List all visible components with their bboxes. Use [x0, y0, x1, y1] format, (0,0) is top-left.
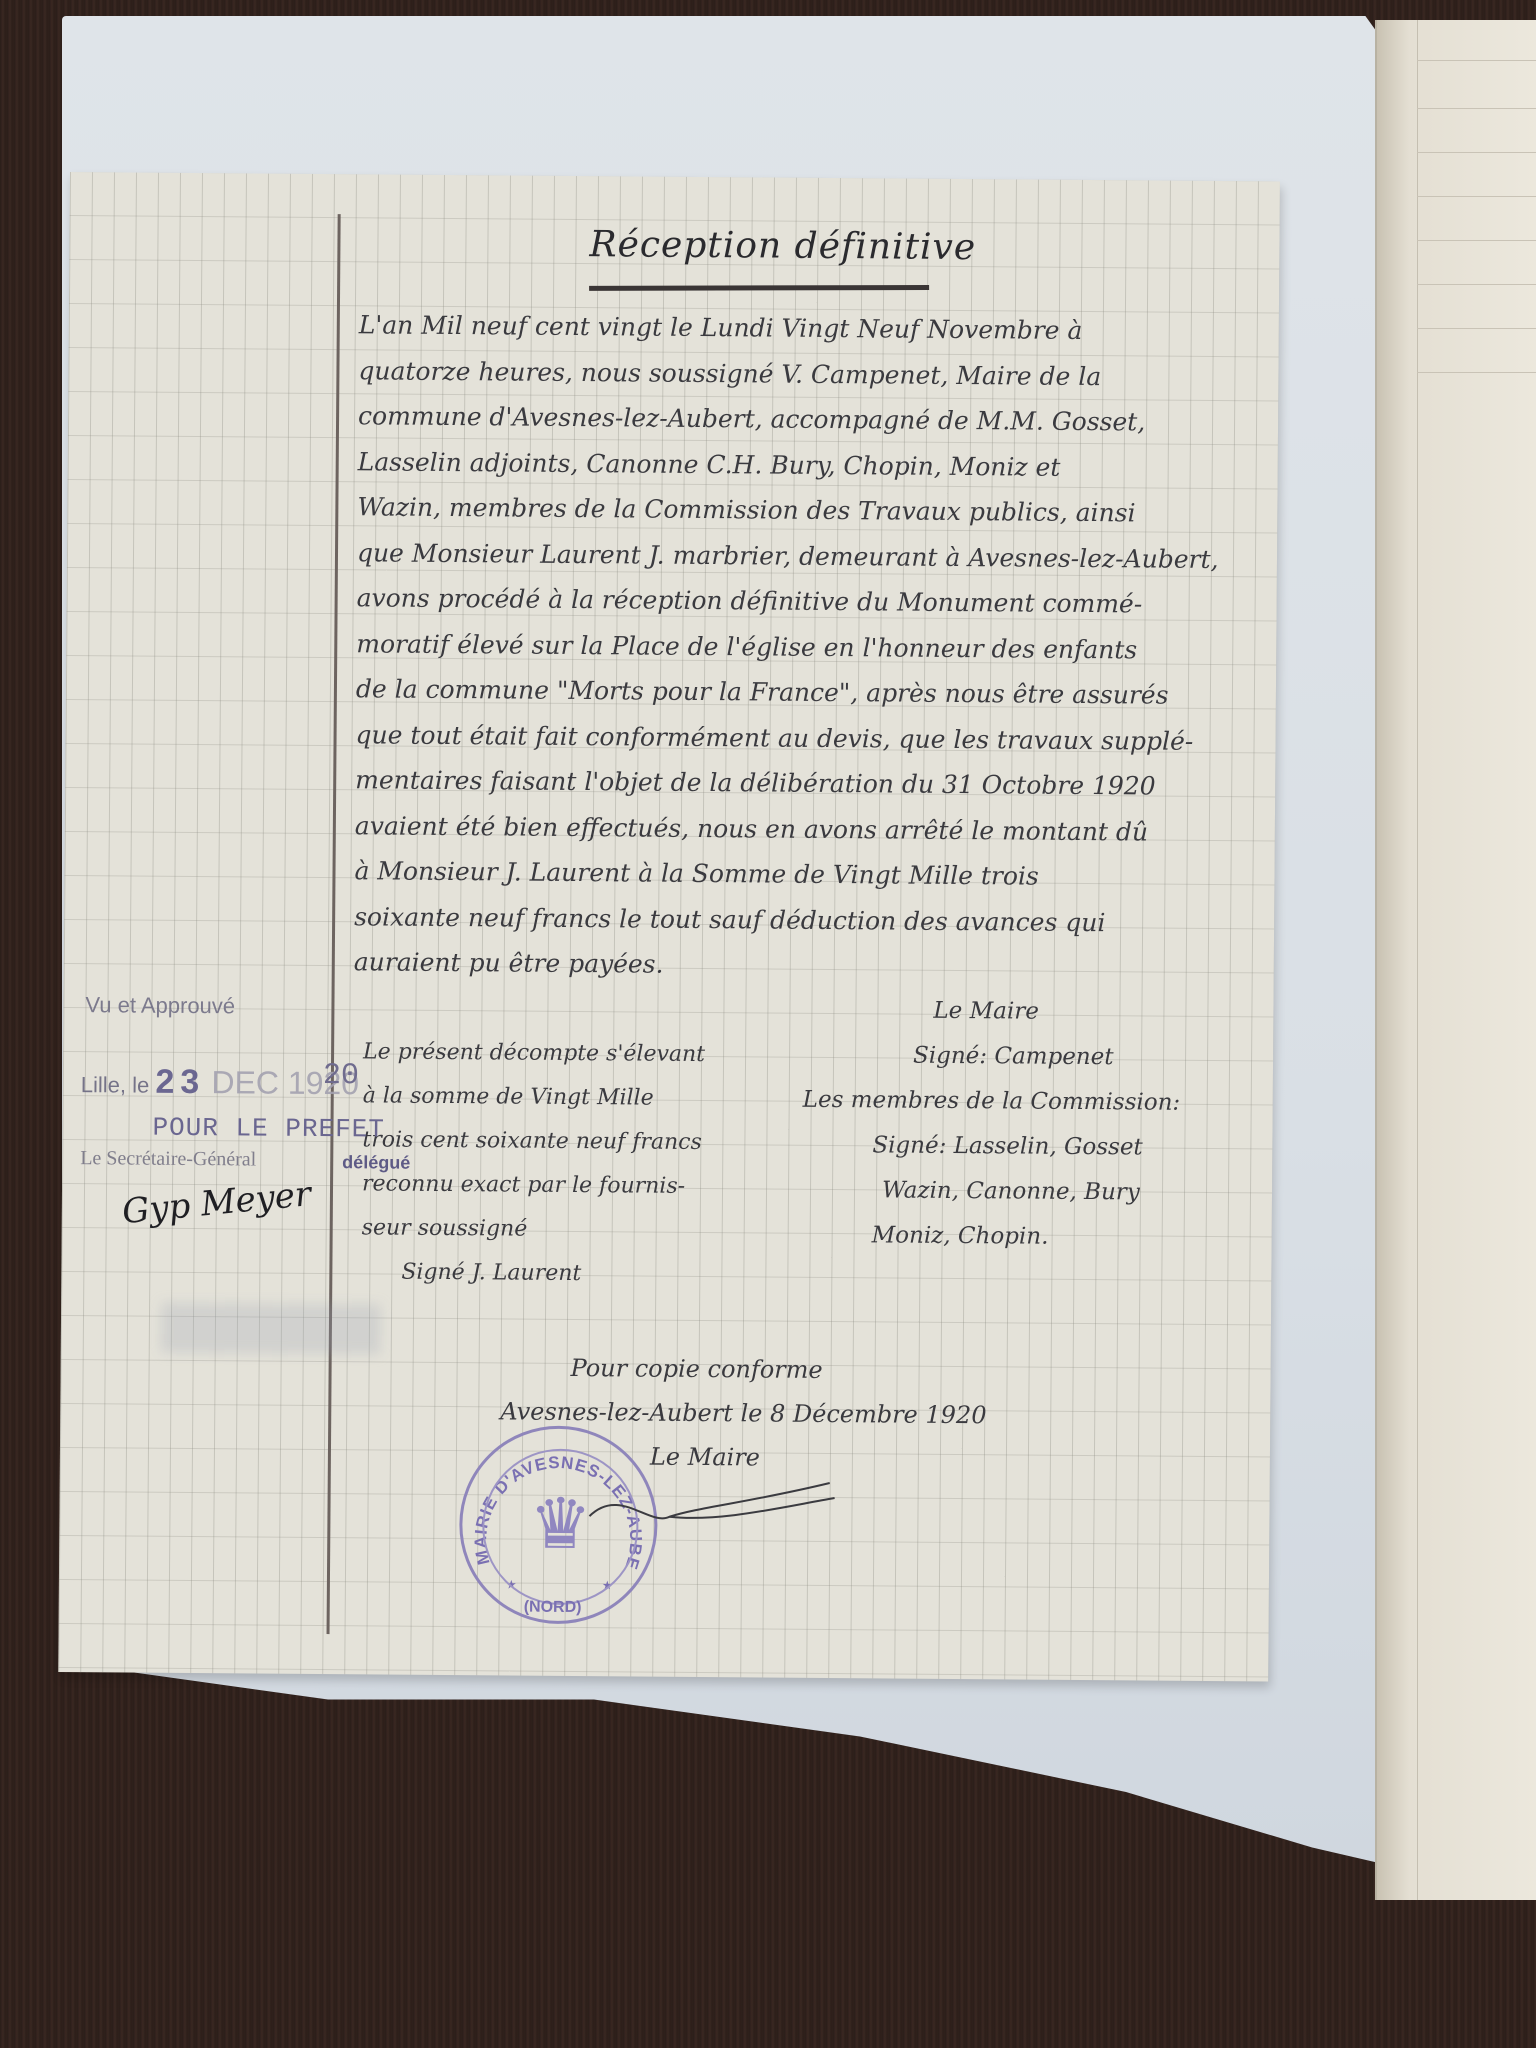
body-line: de la commune "Morts pour la France", ap…: [356, 666, 1256, 719]
signature-line: Le Maire: [803, 988, 1181, 1036]
delegate-stamp: délégué: [342, 1152, 410, 1174]
for-prefect-stamp: POUR LE PREFET: [152, 1113, 385, 1145]
title-underline: [589, 285, 929, 291]
body-line: que Monsieur Laurent J. marbrier, demeur…: [357, 530, 1257, 583]
body-line: mentaires faisant l'objet de la délibéra…: [355, 757, 1255, 810]
ruled-line: [1417, 196, 1536, 197]
document-title: Réception définitive: [589, 224, 976, 268]
body-line: Lasselin adjoints, Canonne C.H. Bury, Ch…: [358, 439, 1258, 492]
signature-line: Moniz, Chopin.: [801, 1213, 1179, 1261]
mayor-signature-flourish: [579, 1476, 839, 1538]
margin-rule: [327, 214, 341, 1634]
ruled-line: [1417, 328, 1536, 329]
ruled-margin-line: [1417, 20, 1418, 1900]
note-line: trois cent soixante neuf francs: [362, 1118, 704, 1165]
signature-line: Les membres de la Commission:: [803, 1078, 1181, 1126]
adjacent-paper-stack: [1375, 20, 1536, 1900]
body-line: moratif élevé sur la Place de l'église e…: [356, 621, 1256, 674]
note-line: Le présent décompte s'élevant: [363, 1030, 705, 1077]
note-line: seur soussigné: [362, 1206, 704, 1253]
note-line: Signé J. Laurent: [361, 1250, 703, 1297]
handwritten-document: Réception définitive L'an Mil neuf cent …: [58, 172, 1280, 1681]
ruled-line: [1417, 108, 1536, 109]
ruled-line: [1417, 60, 1536, 61]
ruled-line: [1417, 284, 1536, 285]
certify-line: Pour copie conforme: [500, 1345, 987, 1393]
note-line: reconnu exact par le fournis-: [362, 1162, 704, 1209]
body-line: soixante neuf francs le tout sauf déduct…: [354, 894, 1254, 947]
body-line: Wazin, membres de la Commission des Trav…: [357, 484, 1257, 537]
signature-line: Signé: Campenet: [803, 1033, 1181, 1081]
approval-stamp: Vu et Approuvé: [85, 992, 235, 1019]
note-line: à la somme de Vingt Mille: [363, 1074, 705, 1121]
ruled-line: [1417, 152, 1536, 153]
date-place: Lille, le: [81, 1072, 150, 1098]
date-day: 23: [155, 1063, 205, 1101]
body-line: avons procédé à la réception définitive …: [356, 575, 1256, 628]
seal-region-text: (NORD): [524, 1599, 582, 1617]
ruled-line: [1417, 372, 1536, 373]
signature-line: Signé: Lasselin, Gosset: [802, 1123, 1180, 1171]
mayor-commission-signatures: Le Maire Signé: Campenet Les membres de …: [801, 988, 1181, 1261]
document-body: L'an Mil neuf cent vingt le Lundi Vingt …: [354, 302, 1259, 992]
body-line: L'an Mil neuf cent vingt le Lundi Vingt …: [359, 302, 1259, 355]
body-line: quatorze heures, nous soussigné V. Campe…: [358, 348, 1258, 401]
signature-line: Wazin, Canonne, Bury: [802, 1168, 1180, 1216]
secretary-general-stamp: Le Secrétaire-Général: [80, 1147, 256, 1171]
date-stamp: Lille, le 23 DEC 1920: [81, 1062, 360, 1103]
ruled-line: [1417, 240, 1536, 241]
body-line: que tout était fait conformément au devi…: [355, 712, 1255, 765]
supplier-acknowledgement: Le présent décompte s'élevant à la somme…: [361, 1030, 705, 1297]
body-line: commune d'Avesnes-lez-Aubert, accompagné…: [358, 393, 1258, 446]
body-line: auraient pu être payées.: [354, 939, 1254, 992]
body-line: à Monsieur J. Laurent à la Somme de Ving…: [354, 848, 1254, 901]
stamp-number: 20: [323, 1059, 359, 1093]
prefect-signature: Gyp Meyer: [120, 1174, 312, 1232]
body-line: avaient été bien effectués, nous en avon…: [355, 803, 1255, 856]
ink-smudge: [161, 1303, 381, 1355]
